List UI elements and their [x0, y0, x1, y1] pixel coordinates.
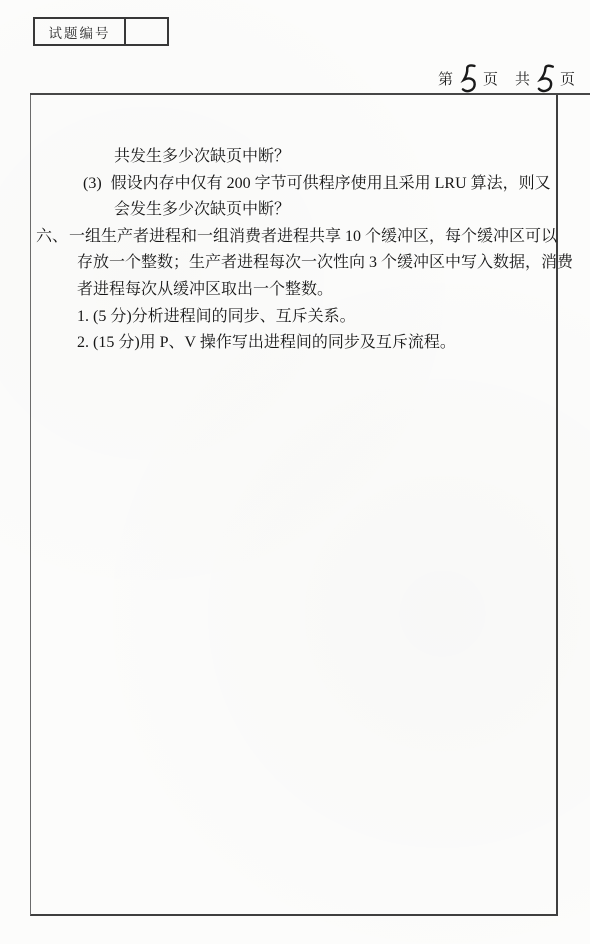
exam-number-label: 试题编号: [35, 19, 126, 44]
exam-number-box: 试题编号: [33, 17, 169, 46]
question6-text-line3: 者进程每次从缓冲区取出一个整数。: [31, 277, 556, 304]
page-prefix-label: 第: [438, 73, 454, 92]
handwritten-total-pages: 5: [534, 63, 556, 96]
total-prefix-label: 共: [515, 73, 531, 92]
page-number-header: 第 5 页 共 5 页: [438, 58, 576, 92]
scanned-exam-page: 试题编号 第 5 页 共 5 页 共发生多少次缺页中断？ (3): [0, 0, 590, 944]
question6-marker: 六、: [36, 224, 69, 251]
item3-text: 假设内存中仅有 200 字节可供程序使用且采用 LRU 算法，则又: [111, 171, 551, 198]
item3-continuation-line: 会发生多少次缺页中断？: [31, 197, 556, 224]
question5-continuation-line: 共发生多少次缺页中断？: [31, 144, 556, 171]
question6-subitem2: 2. (15 分)用 P、V 操作写出进程间的同步及互斥流程。: [31, 330, 556, 357]
item3-marker: (3): [83, 171, 102, 198]
question5-item3-line: (3) 假设内存中仅有 200 字节可供程序使用且采用 LRU 算法，则又: [31, 171, 556, 198]
question-text-block: 共发生多少次缺页中断？ (3) 假设内存中仅有 200 字节可供程序使用且采用 …: [31, 144, 556, 357]
question6-line: 六、 一组生产者进程和一组消费者进程共享 10 个缓冲区，每个缓冲区可以: [31, 224, 556, 251]
total-unit-label: 页: [560, 73, 576, 92]
exam-number-value-cell: [126, 19, 167, 44]
handwritten-current-page: 5: [457, 62, 480, 95]
page-unit-label: 页: [483, 73, 499, 92]
answer-area-box: 共发生多少次缺页中断？ (3) 假设内存中仅有 200 字节可供程序使用且采用 …: [30, 95, 558, 916]
handwritten-five-glyph: [457, 62, 480, 95]
question6-text-line1: 一组生产者进程和一组消费者进程共享 10 个缓冲区，每个缓冲区可以: [69, 224, 557, 251]
handwritten-five-glyph: [534, 63, 556, 96]
question6-subitem1: 1. (5 分)分析进程间的同步、互斥关系。: [31, 304, 556, 331]
question6-text-line2: 存放一个整数；生产者进程每次一次性向 3 个缓冲区中写入数据，消费: [31, 250, 556, 277]
